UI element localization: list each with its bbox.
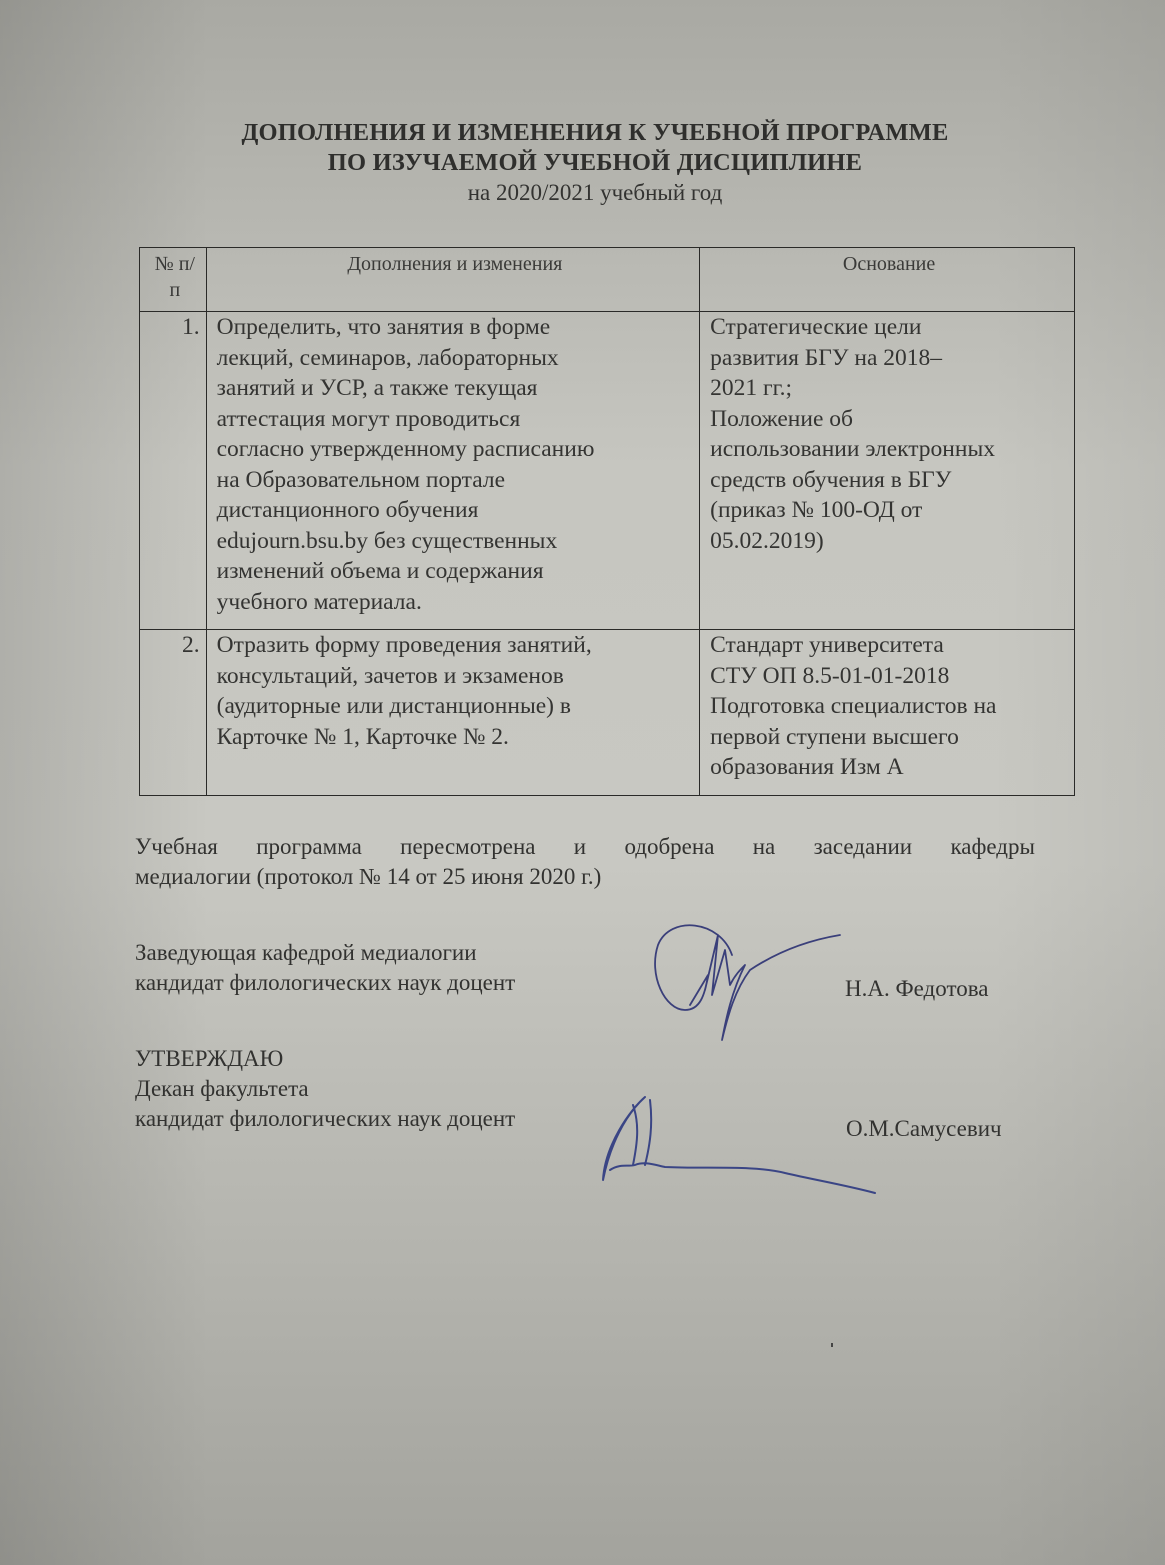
signature-fedotova-icon (650, 915, 850, 1045)
signatory-name-fedotova: Н.А. Федотова (845, 976, 988, 1002)
signatory-degree: кандидат филологических наук доцент (135, 1104, 515, 1134)
approval-statement: Учебная программа пересмотрена и одобрен… (135, 832, 1035, 892)
text-line: Отразить форму проведения занятий, (217, 630, 694, 661)
text-line: 05.02.2019) (710, 526, 1068, 557)
text-line: Определить, что занятия в форме (217, 312, 694, 343)
text-line: 2021 гг.; (710, 373, 1068, 404)
word: одобрена (624, 832, 714, 862)
word: пересмотрена (400, 832, 535, 862)
text-line: Положение об (710, 404, 1068, 435)
text-line: учебного материала. (217, 587, 694, 618)
document-header: ДОПОЛНЕНИЯ И ИЗМЕНЕНИЯ К УЧЕБНОЙ ПРОГРАМ… (140, 118, 1050, 208)
text-line: (приказ № 100-ОД от (710, 495, 1068, 526)
signatory-name-samusevich: О.М.Самусевич (846, 1116, 1002, 1142)
text-line: занятий и УСР, а также текущая (217, 373, 694, 404)
paper-speck (831, 1343, 833, 1347)
header-number-abbr: п/п (169, 253, 195, 301)
word: Учебная (135, 832, 218, 862)
approval-stamp-word: УТВЕРЖДАЮ (135, 1044, 515, 1074)
approval-line-2: медиалогии (протокол № 14 от 25 июня 202… (135, 862, 1035, 892)
row-number: 1. (140, 312, 207, 630)
text-line: первой ступени высшего (710, 722, 1068, 753)
row-number: 2. (140, 630, 207, 796)
text-line: (аудиторные или дистанционные) в (217, 691, 694, 722)
table-row: 1. Определить, что занятия в форме лекци… (140, 312, 1075, 630)
text-line: консультаций, зачетов и экзаменов (217, 661, 694, 692)
document-title-line-2: ПО ИЗУЧАЕМОЙ УЧЕБНОЙ ДИСЦИПЛИНЕ (140, 148, 1050, 178)
text-line: edujourn.bsu.by без существенных (217, 526, 694, 557)
table-header-row: № п/п Дополнения и изменения Основание (140, 248, 1075, 312)
header-changes: Дополнения и изменения (206, 248, 700, 312)
text-line: лекций, семинаров, лабораторных (217, 343, 694, 374)
document-title-line-1: ДОПОЛНЕНИЯ И ИЗМЕНЕНИЯ К УЧЕБНОЙ ПРОГРАМ… (140, 118, 1050, 148)
text-line: дистанционного обучения (217, 495, 694, 526)
head-of-department-block: Заведующая кафедрой медиалогии кандидат … (135, 938, 515, 998)
text-line: согласно утвержденному расписанию (217, 434, 694, 465)
text-line: на Образовательном портале (217, 465, 694, 496)
text-line: Стратегические цели (710, 312, 1068, 343)
text-line: аттестация могут проводиться (217, 404, 694, 435)
text-line: изменений объема и содержания (217, 556, 694, 587)
header-number-symbol: № (155, 253, 174, 275)
word: и (574, 832, 586, 862)
word: программа (256, 832, 362, 862)
word: на (753, 832, 776, 862)
signature-samusevich-icon (585, 1085, 885, 1200)
text-line: использовании электронных (710, 434, 1068, 465)
signatory-degree: кандидат филологических наук доцент (135, 968, 515, 998)
row-changes: Определить, что занятия в форме лекций, … (206, 312, 700, 630)
signatory-position: Заведующая кафедрой медиалогии (135, 938, 515, 968)
text-line: Карточке № 1, Карточке № 2. (217, 722, 694, 753)
text-line: СТУ ОП 8.5-01-01-2018 (710, 661, 1068, 692)
row-basis: Стандарт университета СТУ ОП 8.5-01-01-2… (700, 630, 1075, 796)
header-number: № п/п (140, 248, 207, 312)
changes-table: № п/п Дополнения и изменения Основание 1… (139, 247, 1075, 796)
table-row: 2. Отразить форму проведения занятий, ко… (140, 630, 1075, 796)
document-subtitle: на 2020/2021 учебный год (140, 178, 1050, 208)
header-basis: Основание (700, 248, 1075, 312)
word: кафедры (950, 832, 1035, 862)
text-line: образования Изм А (710, 752, 1068, 783)
text-line: Стандарт университета (710, 630, 1068, 661)
text-line: развития БГУ на 2018– (710, 343, 1068, 374)
row-basis: Стратегические цели развития БГУ на 2018… (700, 312, 1075, 630)
text-line: Подготовка специалистов на (710, 691, 1068, 722)
row-changes: Отразить форму проведения занятий, консу… (206, 630, 700, 796)
signatory-position: Декан факультета (135, 1074, 515, 1104)
word: заседании (814, 832, 913, 862)
dean-block: УТВЕРЖДАЮ Декан факультета кандидат фило… (135, 1044, 515, 1134)
approval-line-1: Учебная программа пересмотрена и одобрен… (135, 832, 1035, 862)
text-line: средств обучения в БГУ (710, 465, 1068, 496)
